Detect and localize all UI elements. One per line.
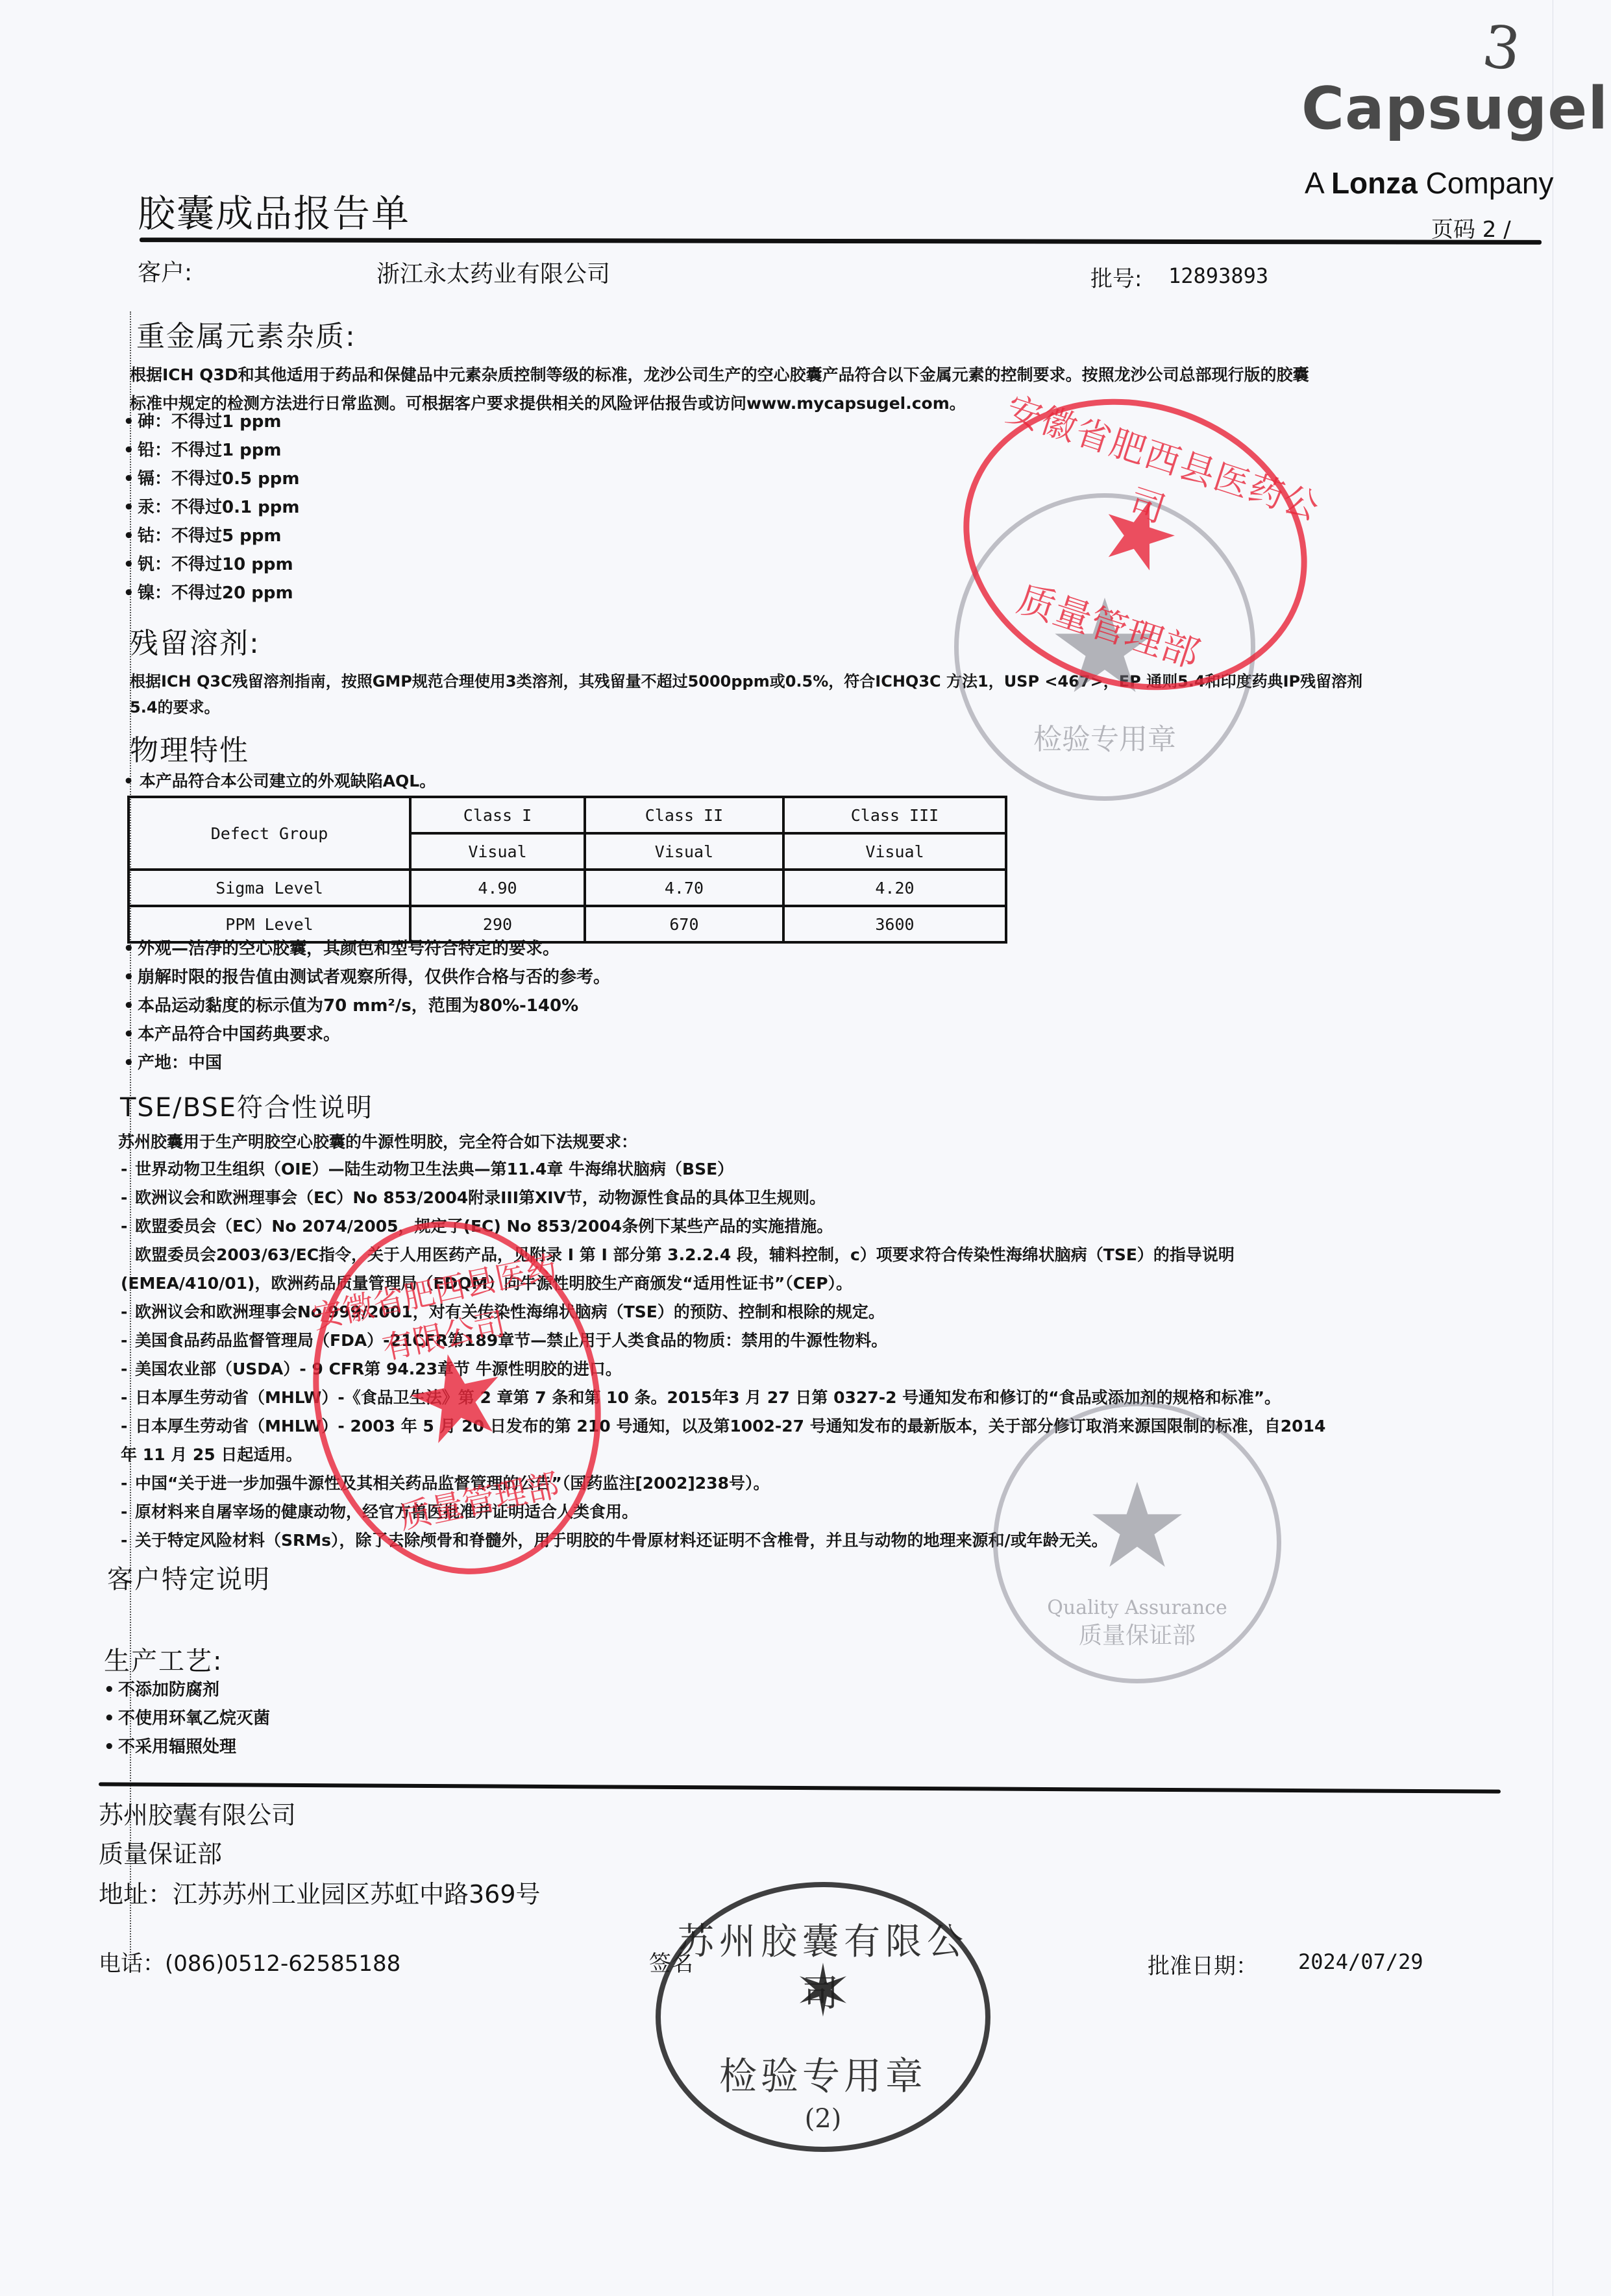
list-item: 中国“关于进一步加强牛源性及其相关药品监督管理的公告”（国药监注[2002]23… <box>121 1469 1325 1498</box>
list-item: 不采用辐照处理 <box>104 1733 270 1761</box>
production-list: 不添加防腐剂 不使用环氧乙烷灭菌 不采用辐照处理 <box>104 1676 270 1761</box>
footer-company: 苏州胶囊有限公司 <box>99 1795 296 1831</box>
black-inspection-stamp: 苏州胶囊有限公司 ✶ 检验专用章 (2) <box>656 1882 990 2152</box>
table-cell: 4.20 <box>783 870 1006 906</box>
list-item: 不使用环氧乙烷灭菌 <box>104 1704 270 1733</box>
list-item: 关于特定风险材料（SRMs），除了去除颅骨和脊髓外，用于明胶的牛骨原材料还证明不… <box>121 1526 1325 1555</box>
list-item: 美国食品药品监督管理局（FDA）-21CFR第189章节—禁止用于人类食品的物质… <box>121 1326 1325 1355</box>
heavy-metals-list: 砷：不得过1 ppm 铅：不得过1 ppm 镉：不得过0.5 ppm 汞：不得过… <box>123 408 299 607</box>
class-header: Class I <box>410 797 585 833</box>
table-cell: 3600 <box>783 906 1006 942</box>
footer-address: 地址：江苏苏州工业园区苏虹中路369号 <box>99 1874 541 1910</box>
list-item: 产地：中国 <box>123 1049 610 1077</box>
production-heading: 生产工艺: <box>104 1641 223 1678</box>
customer-notes-heading: 客户特定说明 <box>107 1559 271 1596</box>
approval-date: 2024/07/29 <box>1298 1949 1423 1974</box>
class-header: Class III <box>783 797 1006 833</box>
table-cell: 4.70 <box>585 870 783 906</box>
list-item: 年 11 月 25 日起适用。 <box>121 1441 1325 1469</box>
list-item: 本品运动黏度的标示值为70 mm²/s，范围为80%-140% <box>123 992 610 1020</box>
handwritten-page-mark: 3 <box>1479 12 1525 85</box>
heavy-metals-heading: 重金属元素杂质: <box>136 313 356 354</box>
list-item: (EMEA/410/01)，欧洲药品质量管理局（EDQM）向牛源性明胶生产商颁发… <box>121 1269 1325 1298</box>
class-header: Class II <box>585 797 783 833</box>
footer-phone: 电话：(086)0512-62585188 <box>99 1946 400 1977</box>
defect-aql-table: Defect Group Class I Class II Class III … <box>127 796 1007 944</box>
scan-edge <box>1553 0 1553 2296</box>
table-row: Sigma Level 4.90 4.70 4.20 <box>129 870 1006 906</box>
tse-bse-intro: 苏州胶囊用于生产明胶空心胶囊的牛源性明胶，完全符合如下法规要求： <box>118 1129 637 1153</box>
report-page: 3 Capsugel A Lonza Company 页码 2 / 胶囊成品报告… <box>0 0 1611 2296</box>
physical-heading: 物理特性 <box>130 727 249 768</box>
list-item: 崩解时限的报告值由测试者观察所得，仅供作合格与否的参考。 <box>123 963 610 992</box>
list-item: 本产品符合中国药典要求。 <box>123 1020 610 1049</box>
list-item: 不添加防腐剂 <box>104 1676 270 1704</box>
list-item: 欧盟委员会2003/63/EC指令，关于人用医药产品，见附录 I 第 I 部分第… <box>121 1241 1325 1269</box>
tse-bse-list: 世界动物卫生组织（OIE）—陆生动物卫生法典—第11.4章 牛海绵状脑病（BSE… <box>121 1155 1325 1555</box>
list-item: 镉：不得过0.5 ppm <box>123 465 299 493</box>
list-item: 美国农业部（USDA）- 9 CFR第 94.23章节 牛源性明胶的进口。 <box>121 1355 1325 1384</box>
list-item: 日本厚生劳动省（MHLW）- 2003 年 5 月 20 日发布的第 210 号… <box>121 1412 1325 1441</box>
list-item: 欧洲议会和欧洲理事会No 999/2001，对有关传染性海绵状脑病（TSE）的预… <box>121 1298 1325 1326</box>
document-title: 胶囊成品报告单 <box>138 183 410 238</box>
list-item: 砷：不得过1 ppm <box>123 408 299 436</box>
list-item: 外观—洁净的空心胶囊，其颜色和型号符合特定的要求。 <box>123 934 610 963</box>
residual-solvents-line2: 5.4的要求。 <box>130 694 220 717</box>
list-item: 钒：不得过10 ppm <box>123 550 299 579</box>
list-item: 世界动物卫生组织（OIE）—陆生动物卫生法典—第11.4章 牛海绵状脑病（BSE… <box>121 1155 1325 1184</box>
lonza-tagline: A Lonza Company <box>1305 165 1553 201</box>
list-item: 铅：不得过1 ppm <box>123 436 299 465</box>
list-item: 欧盟委员会（EC）No 2074/2005，规定了(EC) No 853/200… <box>121 1212 1325 1241</box>
residual-solvents-heading: 残留溶剂: <box>130 620 260 661</box>
physical-intro: • 本产品符合本公司建立的外观缺陷AQL。 <box>123 768 436 792</box>
batch-label: 批号: <box>1090 261 1142 293</box>
header-rule <box>140 238 1542 245</box>
gray-inspection-stamp: ★ 检验专用章 <box>954 493 1255 801</box>
physical-notes-list: 外观—洁净的空心胶囊，其颜色和型号符合特定的要求。 崩解时限的报告值由测试者观察… <box>123 934 610 1077</box>
table-cell: 4.90 <box>410 870 585 906</box>
batch-number: 12893893 <box>1168 263 1268 288</box>
subheader-cell: Visual <box>783 833 1006 870</box>
star-icon: ★ <box>1083 471 1194 597</box>
subheader-cell: Visual <box>585 833 783 870</box>
list-item: 镍：不得过20 ppm <box>123 579 299 607</box>
residual-solvents-line1: 根据ICH Q3C残留溶剂指南，按照GMP规范合理使用3类溶剂，其残留量不超过5… <box>130 668 1362 691</box>
heavy-metals-paragraph-line1: 根据ICH Q3D和其他适用于药品和保健品中元素杂质控制等级的标准，龙沙公司生产… <box>130 362 1309 385</box>
list-item: 日本厚生劳动省（MHLW）-《食品卫生法》第 2 章第 7 条和第 10 条。2… <box>121 1384 1325 1412</box>
list-item: 汞：不得过0.1 ppm <box>123 493 299 522</box>
star-icon: ★ <box>1046 572 1162 723</box>
list-item: 欧洲议会和欧洲理事会（EC）No 853/2004附录III第XIV节，动物源性… <box>121 1184 1325 1212</box>
capsugel-logo: Capsugel <box>1301 75 1608 143</box>
list-item: 原材料来自屠宰场的健康动物，经官方兽医批准并证明适合人类食用。 <box>121 1498 1325 1526</box>
list-item: 钴：不得过5 ppm <box>123 522 299 550</box>
approval-label: 批准日期： <box>1148 1948 1258 1980</box>
customer-label: 客户: <box>138 254 192 287</box>
signature-label: 签名 <box>649 1946 693 1977</box>
table-cell: 670 <box>585 906 783 942</box>
defect-group-header: Defect Group <box>129 797 410 870</box>
subheader-cell: Visual <box>410 833 585 870</box>
row-label: Sigma Level <box>129 870 410 906</box>
customer-value: 浙江永太药业有限公司 <box>376 256 610 289</box>
footer-department: 质量保证部 <box>99 1834 222 1870</box>
page-number: 页码 2 / <box>1431 212 1511 243</box>
tse-bse-heading: TSE/BSE符合性说明 <box>120 1087 373 1124</box>
star-icon: ✶ <box>793 1949 853 2033</box>
footer-rule <box>99 1782 1501 1793</box>
